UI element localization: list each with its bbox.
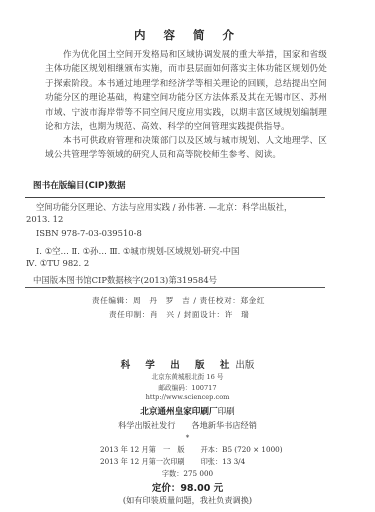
- publisher-website: http://www.sciencep.com: [0, 393, 375, 401]
- cip-heading: 图书在版编目(CIP)数据: [33, 179, 125, 191]
- publisher-name: 科 学 出 版 社出版: [0, 357, 375, 371]
- cip-top-rule: [25, 197, 325, 198]
- summary-paragraph-1: 作为优化国土空间开发格局和区域协调发展的重大举措，国家和省级主体功能区规划相继颁…: [45, 48, 327, 134]
- book-format: 开本：B5 (720 × 1000): [201, 445, 283, 454]
- printer-name: 北京通州皇家印刷厂: [140, 407, 217, 417]
- cip-entry-line-2: 2013. 12: [26, 214, 63, 224]
- publisher-name-suffix: 出版: [235, 360, 254, 371]
- staff-production: 责任印制：肖 兴 / 封面设计：许 瑞: [109, 309, 249, 320]
- edition-line: 2013 年 12 月第 一 版开本：B5 (720 × 1000): [100, 445, 283, 455]
- cip-subjects-line-1: Ⅰ. ①空… Ⅱ. ①孙… Ⅲ. ①城市规划-区域规划-研究-中国: [36, 245, 239, 257]
- cip-entry-line-1: 空间功能分区理论、方法与应用实践 / 孙伟著. —北京：科学出版社，: [36, 201, 292, 213]
- summary-title: 内 容 简 介: [0, 27, 375, 43]
- publisher-postal-code: 邮政编码：100717: [0, 382, 375, 392]
- cip-isbn: ISBN 978-7-03-039510-8: [36, 228, 142, 238]
- print-line: 2013 年 12 月第一次印刷印张：13 3/4: [100, 457, 245, 467]
- cip-bottom-rule: [25, 287, 325, 288]
- distribution-publisher: 科学出版社发行: [118, 420, 175, 430]
- printer-suffix: 印刷: [218, 407, 235, 417]
- publisher-name-text: 科 学 出 版 社: [121, 360, 236, 371]
- edition-date: 2013 年 12 月第 一 版: [100, 445, 185, 454]
- cip-subjects-line-2: Ⅳ. ①TU 982. 2: [26, 258, 89, 268]
- distribution-bookstores: 各地新华书店经销: [191, 420, 257, 430]
- publisher-address: 北京东黄城根北街 16 号: [0, 371, 375, 381]
- staff-editors: 责任编辑：周 丹 罗 吉 / 责任校对：郑金红: [92, 295, 265, 306]
- printer: 北京通州皇家印刷厂印刷: [0, 405, 375, 417]
- cip-record-number: 中国版本图书馆CIP数据核字(2013)第319584号: [33, 274, 217, 286]
- summary-paragraph-2-text: 本书可供政府管理和决策部门以及区域与城市规划、人文地理学、区域公共管理学等领域的…: [45, 136, 327, 160]
- summary-paragraph-1-text: 作为优化国土空间开发格局和区域协调发展的重大举措，国家和省级主体功能区规划相继颁…: [45, 50, 327, 132]
- distribution: 科学出版社发行各地新华书店经销: [0, 420, 375, 431]
- price: 定价：98.00 元: [0, 480, 375, 494]
- word-count: 字数：275 000: [0, 469, 375, 479]
- separator-star: *: [0, 434, 375, 442]
- quality-note: (如有印装质量问题，我社负责调换): [0, 495, 375, 506]
- summary-paragraph-2: 本书可供政府管理和决策部门以及区域与城市规划、人文地理学、区域公共管理学等领域的…: [45, 134, 327, 163]
- print-sheets: 印张：13 3/4: [201, 457, 246, 466]
- print-date: 2013 年 12 月第一次印刷: [100, 457, 185, 466]
